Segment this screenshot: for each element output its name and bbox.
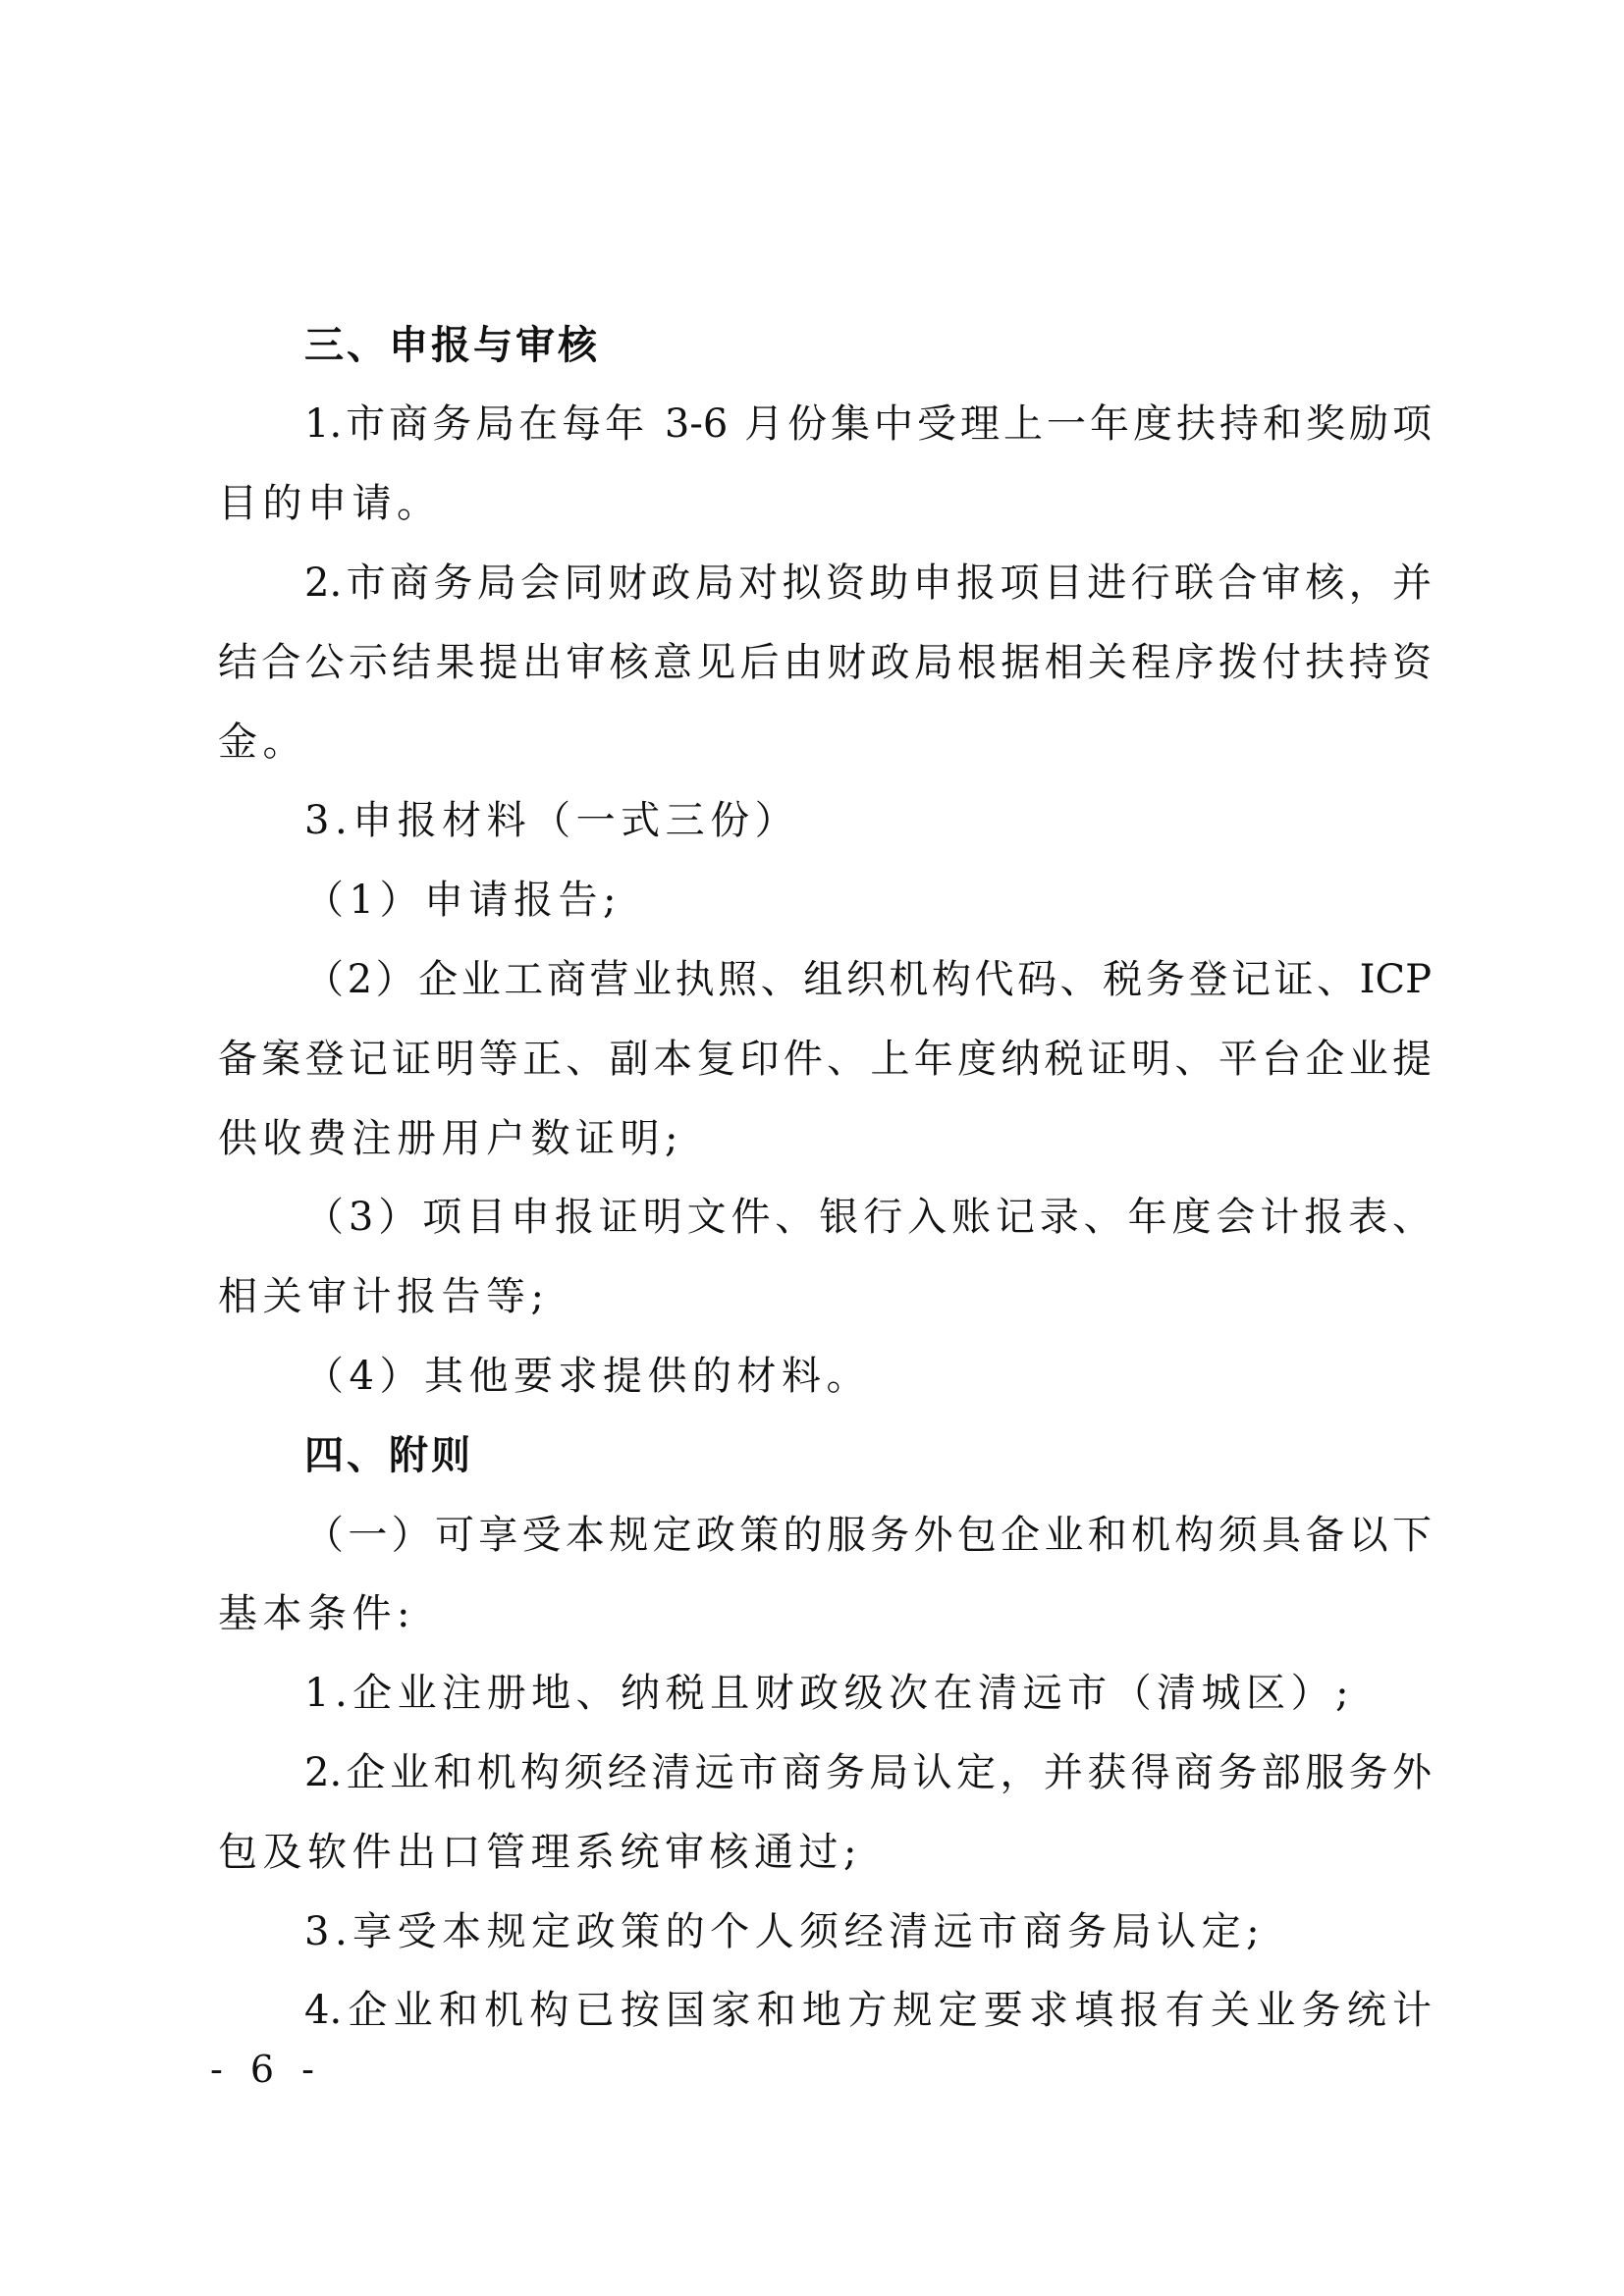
condition-1: 1.企业注册地、纳税且财政级次在清远市（清城区）;: [304, 1664, 1432, 1723]
clause-1-line-1: （一）可享受本规定政策的服务外包企业和机构须具备以下: [304, 1506, 1432, 1565]
section-heading-4: 四、附则: [304, 1426, 1432, 1485]
condition-2-line-1: 2.企业和机构须经清远市商务局认定，并获得商务部服务外: [304, 1743, 1432, 1802]
document-page: 三、申报与审核 1.市商务局在每年 3-6 月份集中受理上一年度扶持和奖励项 目…: [0, 0, 1624, 2296]
section-heading-3: 三、申报与审核: [304, 316, 1432, 375]
list-sub-3-line-2: 相关审计报告等;: [218, 1267, 1432, 1326]
condition-4-line-1: 4.企业和机构已按国家和地方规定要求填报有关业务统计: [304, 1981, 1432, 2040]
list-sub-4: （4）其他要求提供的材料。: [304, 1347, 1432, 1406]
paragraph-item-2-line-2: 结合公示结果提出审核意见后由财政局根据相关程序拨付扶持资: [218, 633, 1432, 692]
paragraph-item-1-line-1: 1.市商务局在每年 3-6 月份集中受理上一年度扶持和奖励项: [304, 395, 1432, 454]
list-sub-3-line-1: （3）项目申报证明文件、银行入账记录、年度会计报表、: [304, 1188, 1432, 1247]
list-sub-2-line-2: 备案登记证明等正、副本复印件、上年度纳税证明、平台企业提: [218, 1030, 1432, 1089]
clause-1-line-2: 基本条件:: [218, 1584, 1432, 1643]
paragraph-item-2-line-1: 2.市商务局会同财政局对拟资助申报项目进行联合审核，并: [304, 554, 1432, 613]
paragraph-item-1-line-2: 目的申请。: [218, 474, 1432, 533]
condition-3: 3.享受本规定政策的个人须经清远市商务局认定;: [304, 1902, 1432, 1961]
list-sub-1: （1）申请报告;: [304, 871, 1432, 930]
list-sub-2-line-1: （2）企业工商营业执照、组织机构代码、税务登记证、ICP: [304, 950, 1432, 1009]
paragraph-item-2-line-3: 金。: [218, 713, 1432, 772]
condition-2-line-2: 包及软件出口管理系统审核通过;: [218, 1823, 1432, 1882]
list-sub-2-line-3: 供收费注册用户数证明;: [218, 1109, 1432, 1168]
paragraph-item-3-line-1: 3.申报材料（一式三份）: [304, 791, 1432, 850]
page-number: - 6 -: [210, 2042, 322, 2097]
